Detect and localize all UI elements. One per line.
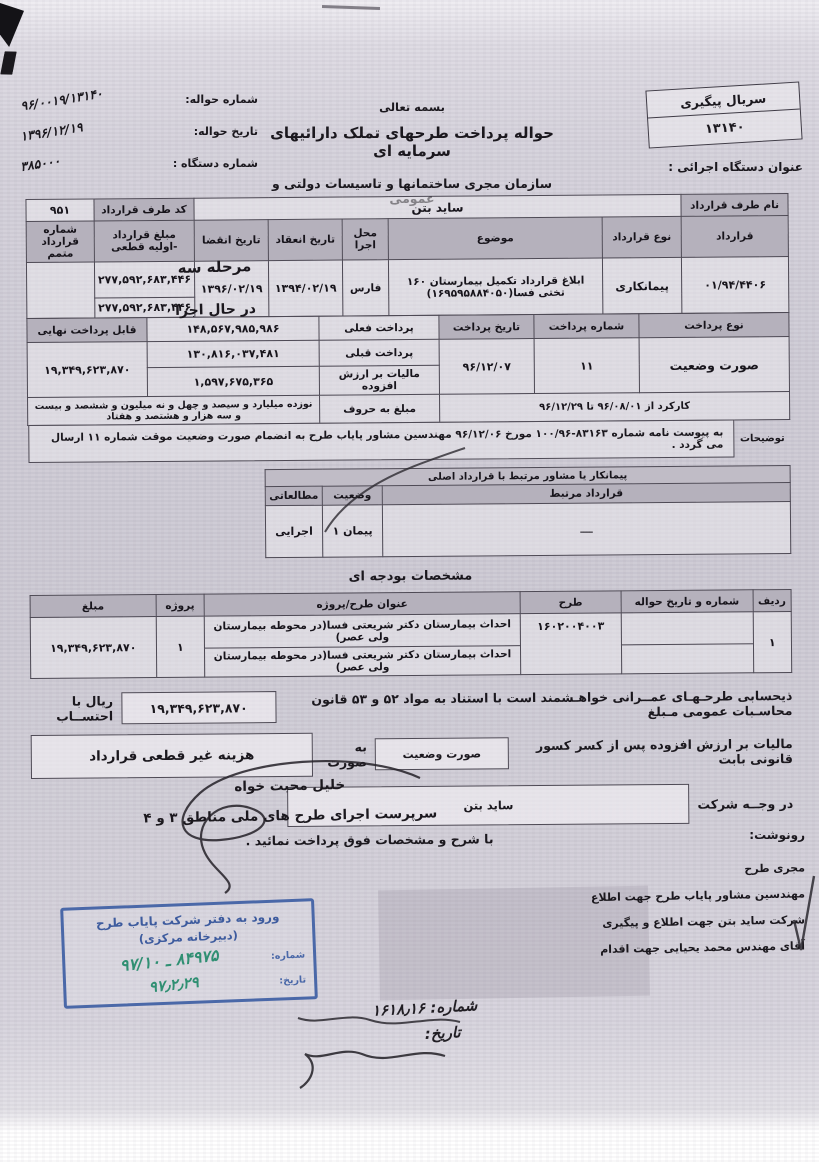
- device-number-label: شماره دستگاه :: [173, 157, 258, 170]
- footer-number-value: ۱۶۱۸٫۱۶: [371, 999, 425, 1020]
- notes-text: به پیوست نامه شماره ۸۳۱۶۳-۱۰۰/۹۶ مورخ ۹۶…: [28, 419, 734, 463]
- budget-section-title: مشخصات بودجه ای: [29, 566, 791, 587]
- instruction-text-3: مالیات بر ارزش افزوده پس از کسر کسور قان…: [517, 736, 793, 768]
- party-code-label: کد طرف قرارداد: [94, 198, 194, 221]
- copy-item-1: مجری طرح: [505, 861, 805, 879]
- device-number-value: ۳۸۵۰۰۰: [19, 153, 61, 174]
- contract-no-value: ۰۱/۹۴/۴۴۰۶: [681, 257, 788, 314]
- related-contract-table: پیمانکار یا مشاور مرتبط با قرارداد اصلی …: [265, 465, 792, 558]
- instruction-text-4: به صورت: [321, 739, 368, 769]
- hawala-number-value: ۹۶/۰۰۱۹/۱۳۱۴۰: [19, 86, 103, 114]
- budget-project-title-1: احداث بیمارستان دکتر شریعتی فسا(در محوطه…: [204, 614, 520, 648]
- stamp-date-label: تاریخ:: [279, 974, 306, 986]
- scan-artifact-mark: [0, 3, 24, 47]
- budget-col-project: پروژه: [156, 594, 205, 616]
- device-number-row: ۳۸۵۰۰۰ شماره دستگاه :: [20, 156, 258, 171]
- footer-number-line: شماره: ۱۶۱۸٫۱۶: [257, 996, 478, 1025]
- payment-type-value: صورت وضعیت: [639, 337, 789, 393]
- amount-in-words-label: مبلغ به حروف: [320, 394, 440, 423]
- supplement-label: شماره قرارداد متمم: [26, 221, 94, 263]
- payment-basis-box: صورت وضعیت: [375, 737, 509, 770]
- stamp-number-label: شماره:: [271, 950, 306, 962]
- payable-value: ۱۹,۳۴۹,۶۲۳,۸۷۰: [27, 342, 147, 398]
- serial-tracking-box: سریال پیگیری ۱۳۱۴۰: [645, 81, 802, 148]
- instruction-amount-box: ۱۹,۳۴۹,۶۲۳,۸۷۰: [121, 691, 276, 724]
- vat-label: مالیات بر ارزش افزوده: [319, 365, 439, 395]
- copy-item-3: شرکت ساید بتن جهت اطلاع و پیگیری: [505, 913, 805, 931]
- contract-type-label: نوع قرارداد: [602, 216, 681, 258]
- payment-info-table: نوع پرداخت شماره پرداخت تاریخ پرداخت پرد…: [26, 312, 790, 426]
- hawala-date-value: ۱۳۹۶/۱۲/۱۹: [19, 119, 83, 144]
- scan-artifact-mark: [0, 49, 18, 77]
- copy-item-2: مهندسین مشاور پایاب طرح جهت اطلاع: [505, 887, 805, 905]
- instruction-text-1: ذیحسابی طرحـهـای عمــرانی خواهـشمند است …: [284, 688, 792, 722]
- stage-annotation: مرحله سه در حال اجرا: [119, 256, 311, 321]
- footer-date-line: تاریخ:: [258, 1023, 461, 1052]
- payable-label: قابل پرداخت نهایی: [27, 318, 147, 343]
- payment-number-value: ۱۱: [534, 338, 639, 394]
- work-period: کارکرد از ۹۶/۰۸/۰۱ تا ۹۶/۱۲/۲۹: [440, 392, 790, 423]
- payment-date-label: تاریخ پرداخت: [439, 315, 534, 340]
- instruction-text-2: ریال با احتســاب: [30, 693, 113, 724]
- location-value: فارس: [342, 260, 388, 316]
- current-payment-label: پرداخت فعلی: [319, 315, 439, 340]
- budget-col-plan: طرح: [520, 591, 621, 614]
- budget-row-no: ۱: [753, 612, 792, 673]
- hawala-number-row: ۹۶/۰۰۱۹/۱۳۱۴۰ شماره حواله:: [20, 92, 258, 107]
- related-contract-value: ــــ: [382, 502, 790, 557]
- contract-amount-label: مبلغ قرارداد -اولیه قطعی: [94, 220, 194, 262]
- budget-plan-code: ۱۶۰۲۰۰۴۰۰۳: [520, 613, 622, 675]
- previous-payment-label: پرداخت قبلی: [319, 339, 439, 366]
- budget-col-row: ردیف: [753, 590, 792, 612]
- handwritten-footer-note: شماره: ۱۶۱۸٫۱۶ تاریخ:: [257, 996, 479, 1051]
- hawala-date-label: تاریخ حواله:: [194, 125, 258, 138]
- related-contract-section: پیمانکار یا مشاور مرتبط با قرارداد اصلی …: [29, 465, 792, 560]
- signature-block: خلیل محبت خواه سرپرست اجرای طرح های ملی …: [140, 775, 441, 826]
- party-code-value: ۹۵۱: [26, 199, 94, 222]
- reference-fields: ۹۶/۰۰۱۹/۱۳۱۴۰ شماره حواله: ۱۳۹۶/۱۲/۱۹ تا…: [20, 92, 258, 188]
- instruction-text-5: در وجــه شرکت: [697, 795, 793, 811]
- expense-type-box: هزینه غیر قطعی قرارداد: [31, 733, 313, 779]
- notes-row: توضیحات به پیوست نامه شماره ۸۳۱۶۳-۱۰۰/۹۶…: [28, 419, 790, 463]
- payment-number-label: شماره پرداخت: [534, 314, 639, 339]
- footer-number-label: شماره:: [430, 996, 478, 1016]
- instruction-line-2: مالیات بر ارزش افزوده پس از کسر کسور قان…: [31, 729, 793, 779]
- notes-label: توضیحات: [734, 419, 790, 457]
- bismillah-text: بسمه تعالی: [252, 100, 572, 114]
- instruction-line-1: ذیحسابی طرحـهـای عمــرانی خواهـشمند است …: [30, 687, 792, 725]
- budget-col-amount: مبلغ: [30, 595, 156, 618]
- payment-type-label: نوع پرداخت: [639, 313, 789, 338]
- location-label: محل اجرا: [342, 219, 388, 260]
- hawala-number-label: شماره حواله:: [185, 93, 258, 106]
- copies-section: رونوشت: مجری طرح مهندسین مشاور پایاب طرح…: [505, 828, 805, 968]
- subject-value: ابلاغ قرارداد تکمیل بیمارستان ۱۶۰ تختی ف…: [388, 258, 602, 316]
- budget-col-ref: شماره و تاریخ حواله: [621, 590, 753, 613]
- related-status-value: پیمان ۱: [322, 505, 382, 557]
- budget-table: ردیف شماره و تاریخ حواله طرح عنوان طرح/پ…: [30, 589, 793, 679]
- page-title: حواله پرداخت طرحهای تملک دارائیهای سرمای…: [252, 124, 572, 160]
- footer-date-label: تاریخ:: [424, 1023, 461, 1043]
- budget-amount: ۱۹,۳۴۹,۶۲۳,۸۷۰: [30, 616, 156, 678]
- budget-col-title: عنوان طرح/پروژه: [204, 592, 520, 616]
- expiry-date-label: تاریخ انقضا: [194, 220, 268, 262]
- stage-value: مرحله سه: [119, 256, 309, 279]
- document-header: بسمه تعالی حواله پرداخت طرحهای تملک دارا…: [252, 100, 572, 206]
- copy-item-4: آقای مهندس محمد یحیایی جهت اقدام: [505, 939, 805, 957]
- party-name-label: نام طرف قرارداد: [681, 194, 788, 217]
- agency-label: عنوان دستگاه اجرائی :: [668, 160, 803, 174]
- related-status-label: وضعیت: [322, 486, 382, 505]
- instruction-text-6: با شرح و مشخصات فوق پرداخت نمائید .: [246, 831, 494, 848]
- previous-payment-value: ۱۳۰,۸۱۶,۰۳۷,۴۸۱: [147, 340, 319, 367]
- sign-date-label: تاریخ انعقاد: [268, 219, 342, 261]
- contract-no-label: قرارداد: [681, 216, 788, 258]
- related-study-value: اجرایی: [265, 505, 322, 557]
- entry-stamp: ورود به دفتر شرکت پایاب طرح (دبیرخانه مر…: [60, 898, 318, 1009]
- payment-date-value: ۹۶/۱۲/۰۷: [439, 339, 534, 395]
- current-payment-value: ۱۴۸,۵۶۷,۹۸۵,۹۸۶: [147, 316, 319, 341]
- budget-project-no: ۱: [156, 616, 205, 677]
- vat-value: ۱,۵۹۷,۶۷۵,۳۶۵: [147, 366, 319, 396]
- hawala-date-row: ۱۳۹۶/۱۲/۱۹ تاریخ حواله:: [20, 124, 258, 139]
- scan-artifact-mark: [322, 5, 380, 10]
- contract-type-value: پیمانکاری: [602, 257, 681, 314]
- subject-label: موضوع: [388, 217, 602, 260]
- amount-in-words-value: نوزده میلیارد و سیصد و چهل و نه میلیون و…: [28, 395, 320, 425]
- supplement-value: [26, 262, 94, 319]
- budget-ref-value: [621, 612, 753, 645]
- budget-ref-value-2: [621, 644, 753, 674]
- copies-label: رونوشت:: [505, 828, 805, 842]
- budget-project-title-2: احداث بیمارستان دکتر شریعتی فسا(در محوطه…: [205, 646, 521, 677]
- related-study-label: مطالعاتی: [265, 486, 322, 505]
- scanned-payment-order-document: سریال پیگیری ۱۳۱۴۰ بسمه تعالی حواله پردا…: [0, 0, 819, 1162]
